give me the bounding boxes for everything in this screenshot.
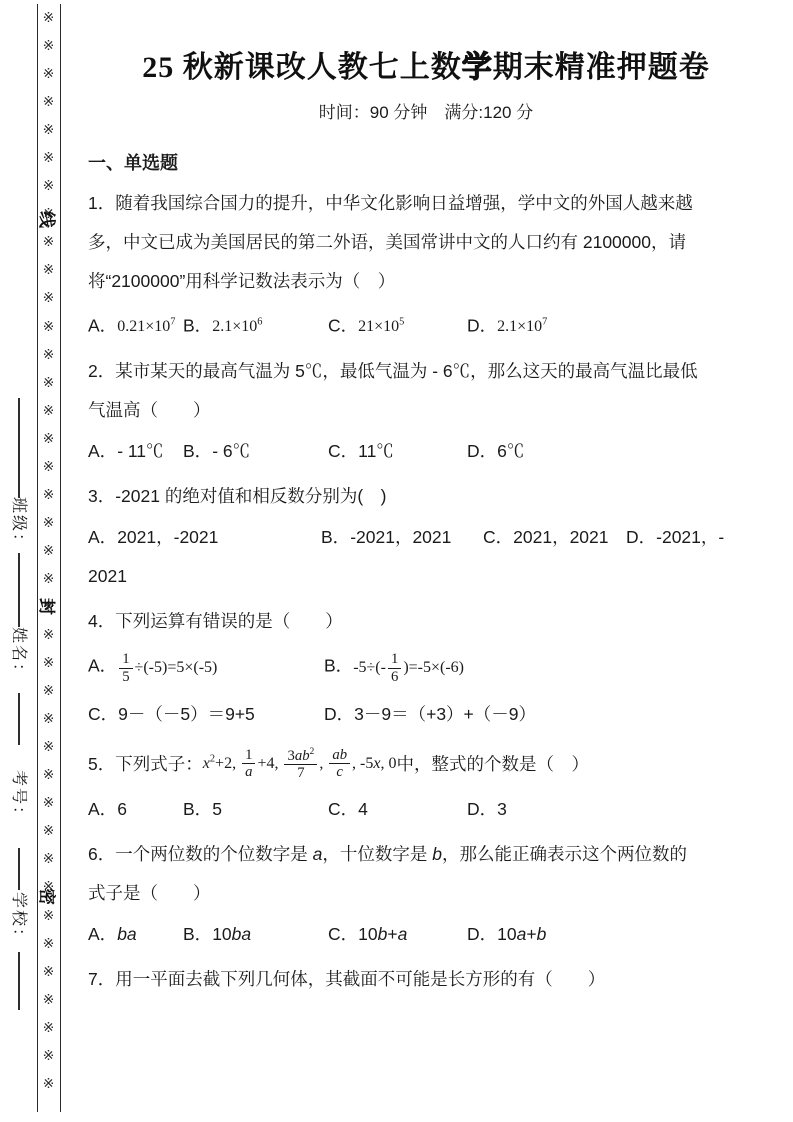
option-value: 15÷(-5)=5×(-5): [117, 659, 217, 676]
option-label: B．: [183, 315, 212, 335]
option-label: D．: [324, 704, 354, 724]
reference-mark-glyph: ※: [43, 711, 55, 725]
question-7: 7．用一平面去截下列几何体，其截面不可能是长方形的有（ ）: [88, 960, 764, 999]
option-value: - 6℃: [212, 441, 250, 461]
q7-stem-line-1: 7．用一平面去截下列几何体，其截面不可能是长方形的有（ ）: [88, 960, 764, 999]
option-value: 2021，-2021: [117, 527, 218, 547]
q3-option-d-overflow: 2021: [88, 557, 764, 596]
reference-mark-glyph: ※: [43, 936, 55, 950]
q5-option-c: C．4: [328, 790, 467, 829]
option-label: C．: [88, 704, 118, 724]
seal-char-mi: 密: [36, 884, 61, 909]
q6-option-a: A．ba: [88, 915, 183, 954]
q4-option-d: D．3－9＝（+3）+（－9）: [324, 695, 536, 734]
section-heading: 一、单选题: [88, 148, 764, 178]
option-label: D．: [467, 315, 497, 335]
option-label: A．: [88, 527, 117, 547]
q4-option-b: B．-5÷(-16)=-5×(-6): [324, 651, 464, 684]
reference-mark-glyph: ※: [43, 908, 55, 922]
reference-mark-glyph: ※: [43, 347, 55, 361]
reference-mark-glyph: ※: [43, 290, 55, 304]
option-value: 6℃: [497, 441, 524, 461]
q5-option-d: D．3: [467, 790, 507, 829]
blank-line: [18, 693, 20, 745]
q5-stem-prefix: 5．下列式子：: [88, 754, 203, 774]
reference-mark-glyph: ※: [43, 262, 55, 276]
reference-mark-glyph: ※: [43, 375, 55, 389]
option-label: A．: [88, 315, 117, 335]
q1-stem-line-2: 多，中文已成为美国居民的第二外语，美国常讲中文的人口约有 2100000，请: [88, 223, 764, 262]
reference-mark-glyph: ※: [43, 487, 55, 501]
reference-mark-glyph: ※: [43, 1076, 55, 1090]
q1-option-a: A．0.21×107: [88, 303, 183, 346]
reference-mark-glyph: ※: [43, 150, 55, 164]
option-label: B．: [324, 656, 353, 676]
q3-option-c: C．2021，2021: [483, 518, 626, 557]
reference-mark-glyph: ※: [43, 459, 55, 473]
option-value: 3－9＝（+3）+（－9）: [354, 704, 536, 724]
q5-stem-expression: x2+2, 1a+4, 3ab27, abc, -5x, 0: [203, 747, 397, 781]
option-value: 4: [358, 799, 368, 819]
option-label: D．: [467, 799, 497, 819]
question-5: 5．下列式子： x2+2, 1a+4, 3ab27, abc, -5x, 0 中…: [88, 740, 764, 829]
option-value: 11℃: [358, 441, 394, 461]
option-label: A．: [88, 656, 117, 676]
q6-options-row: A．ba B．10ba C．10b+a D．10a+b: [88, 915, 764, 954]
option-label: C．: [328, 441, 358, 461]
reference-mark-glyph: ※: [43, 403, 55, 417]
q1-stem-line-3: 将“2100000”用科学记数法表示为（ ）: [88, 262, 764, 301]
q1-stem-line-1: 1．随着我国综合国力的提升，中华文化影响日益增强，学中文的外国人越来越: [88, 184, 764, 223]
q1-option-d: D．2.1×107: [467, 303, 547, 346]
option-label: D．: [467, 924, 497, 944]
exam-paper-page: ※※※※※※※※※※※※※※※※※※※※※※※※※※※※※※※※※※※※※※※ …: [0, 0, 793, 1122]
q6-option-b: B．10ba: [183, 915, 328, 954]
field-school: 学校：: [8, 889, 28, 949]
option-value: -2021，-: [656, 527, 724, 547]
option-value: -5÷(-16)=-5×(-6): [353, 659, 464, 676]
option-value: 10ba: [212, 924, 251, 944]
reference-mark-glyph: ※: [43, 571, 55, 585]
option-value: 2.1×107: [497, 318, 547, 335]
reference-mark-glyph: ※: [43, 767, 55, 781]
blank-line: [18, 398, 20, 498]
title-prefix: 25 秋新课改人教七上数: [142, 51, 462, 84]
reference-mark-glyph: ※: [43, 234, 55, 248]
option-label: A．: [88, 924, 117, 944]
reference-mark-glyph: ※: [43, 543, 55, 557]
q6-option-d: D．10a+b: [467, 915, 546, 954]
q2-option-c: C．11℃: [328, 432, 467, 471]
q4-option-a: A．15÷(-5)=5×(-5): [88, 651, 324, 684]
reference-mark-glyph: ※: [43, 10, 55, 24]
reference-mark-glyph: ※: [43, 851, 55, 865]
seal-char-feng: 封: [36, 594, 61, 619]
option-label: C．: [328, 315, 358, 335]
option-value: 0.21×107: [117, 318, 175, 335]
reference-mark-glyph: ※: [43, 683, 55, 697]
exam-meta: 时间：90 分钟 满分:120 分: [88, 102, 764, 124]
option-label: D．: [467, 441, 497, 461]
question-3: 3．-2021 的绝对值和相反数分别为( ) A．2021，-2021 B．-2…: [88, 477, 764, 596]
option-label: B．: [183, 441, 212, 461]
option-label: C．: [483, 527, 513, 547]
reference-mark-glyph: ※: [43, 964, 55, 978]
title-bold-char: 学: [462, 51, 493, 84]
blank-line: [18, 553, 20, 627]
reference-mark-glyph: ※: [43, 178, 55, 192]
option-value: 10b+a: [358, 924, 407, 944]
option-value: 2.1×106: [212, 318, 262, 335]
reference-mark-glyph: ※: [43, 1020, 55, 1034]
q4-option-c: C．9－（－5）＝9+5: [88, 695, 324, 734]
option-label: C．: [328, 924, 358, 944]
q5-stem-line: 5．下列式子： x2+2, 1a+4, 3ab27, abc, -5x, 0 中…: [88, 740, 764, 788]
question-2: 2．某市某天的最高气温为 5℃，最低气温为 - 6℃，那么这天的最高气温比最低 …: [88, 352, 764, 471]
reference-mark-glyph: ※: [43, 992, 55, 1006]
reference-mark-glyph: ※: [43, 1048, 55, 1062]
q2-option-b: B．- 6℃: [183, 432, 328, 471]
q2-option-a: A．- 11℃: [88, 432, 183, 471]
q1-options-row: A．0.21×107 B．2.1×106 C．21×105 D．2.1×107: [88, 303, 764, 346]
q4-options-row-cd: C．9－（－5）＝9+5 D．3－9＝（+3）+（－9）: [88, 695, 764, 734]
reference-mark-glyph: ※: [43, 66, 55, 80]
q4-options-row-ab: A．15÷(-5)=5×(-5) B．-5÷(-16)=-5×(-6): [88, 643, 764, 692]
option-label: A．: [88, 799, 117, 819]
question-1: 1．随着我国综合国力的提升，中华文化影响日益增强，学中文的外国人越来越 多，中文…: [88, 184, 764, 346]
option-label: D．: [626, 527, 656, 547]
blank-line: [18, 952, 20, 1010]
q2-stem-line-1: 2．某市某天的最高气温为 5℃，最低气温为 - 6℃，那么这天的最高气温比最低: [88, 352, 764, 391]
field-name: 姓名：: [8, 624, 28, 684]
reference-mark-glyph: ※: [43, 38, 55, 52]
reference-mark-glyph: ※: [43, 627, 55, 641]
q5-stem-suffix: 中，整式的个数是（ ）: [396, 754, 589, 774]
option-value: 2021，2021: [513, 527, 608, 547]
option-label: B．: [183, 799, 212, 819]
q1-option-b: B．2.1×106: [183, 303, 328, 346]
q3-options-row: A．2021，-2021 B．-2021，2021 C．2021，2021 D．…: [88, 518, 764, 557]
reference-mark-glyph: ※: [43, 655, 55, 669]
exam-title: 25 秋新课改人教七上数学期末精准押题卷: [88, 50, 764, 86]
seal-char-line: 线: [36, 207, 61, 232]
reference-mark-glyph: ※: [43, 515, 55, 529]
option-value: 6: [117, 799, 127, 819]
q6-stem-line-2: 式子是（ ）: [88, 874, 764, 913]
field-class: 班级：: [8, 494, 28, 554]
option-label: B．: [321, 527, 350, 547]
q5-option-b: B．5: [183, 790, 328, 829]
reference-mark-glyph: ※: [43, 122, 55, 136]
option-value: -2021，2021: [350, 527, 451, 547]
q1-option-c: C．21×105: [328, 303, 467, 346]
reference-mark-glyph: ※: [43, 823, 55, 837]
q2-stem-line-2: 气温高（ ）: [88, 391, 764, 430]
question-6: 6．一个两位数的个位数字是 a，十位数字是 b，那么能正确表示这个两位数的 式子…: [88, 835, 764, 954]
q6-stem-line-1: 6．一个两位数的个位数字是 a，十位数字是 b，那么能正确表示这个两位数的: [88, 835, 764, 874]
reference-mark-glyph: ※: [43, 795, 55, 809]
option-value: 10a+b: [497, 924, 546, 944]
q5-options-row: A．6 B．5 C．4 D．3: [88, 790, 764, 829]
reference-mark-glyph: ※: [43, 739, 55, 753]
field-exam-number: 考号：: [8, 767, 28, 827]
q5-option-a: A．6: [88, 790, 183, 829]
q3-option-d: D．-2021，-: [626, 518, 724, 557]
option-value: ba: [117, 924, 136, 944]
option-label: C．: [328, 799, 358, 819]
option-label: B．: [183, 924, 212, 944]
title-suffix: 期末精准押题卷: [493, 51, 710, 84]
question-4: 4．下列运算有错误的是（ ） A．15÷(-5)=5×(-5) B．-5÷(-1…: [88, 602, 764, 733]
q3-option-b: B．-2021，2021: [321, 518, 483, 557]
option-value: 3: [497, 799, 507, 819]
option-value: 21×105: [358, 318, 404, 335]
exam-content: 25 秋新课改人教七上数学期末精准押题卷 时间：90 分钟 满分:120 分 一…: [88, 0, 764, 999]
q3-option-a: A．2021，-2021: [88, 518, 321, 557]
binding-rule-right: [60, 4, 61, 1112]
reference-mark-glyph: ※: [43, 94, 55, 108]
q4-stem-line-1: 4．下列运算有错误的是（ ）: [88, 602, 764, 641]
option-value: 5: [212, 799, 222, 819]
reference-mark-glyph: ※: [43, 431, 55, 445]
reference-mark-glyph: ※: [43, 319, 55, 333]
option-label: A．: [88, 441, 117, 461]
option-value: - 11℃: [117, 441, 163, 461]
blank-line: [18, 848, 20, 890]
q3-stem-line-1: 3．-2021 的绝对值和相反数分别为( ): [88, 477, 764, 516]
q6-option-c: C．10b+a: [328, 915, 467, 954]
binding-fill-column: ※※※※※※※※※※※※※※※※※※※※※※※※※※※※※※※※※※※※※※※: [37, 10, 60, 1090]
option-value: 9－（－5）＝9+5: [118, 704, 255, 724]
q2-option-d: D．6℃: [467, 432, 524, 471]
q2-options-row: A．- 11℃ B．- 6℃ C．11℃ D．6℃: [88, 432, 764, 471]
